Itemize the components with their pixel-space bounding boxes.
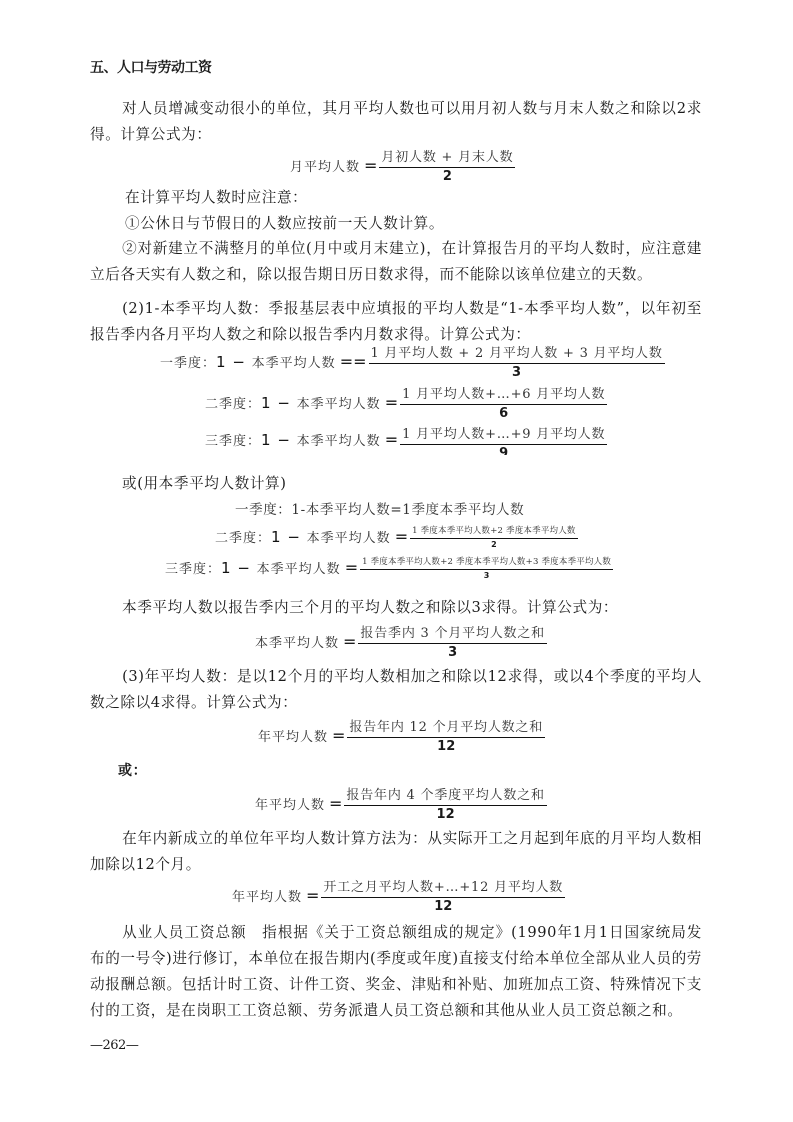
fraction: 1 月平均人数+…+6 月平均人数 6	[400, 383, 607, 421]
formula-annual-quarterly: 年平均人数 = 报告年内 4 个季度平均人数之和 12	[255, 784, 547, 822]
paragraph-note-intro: 在计算平均人数时应注意：	[125, 186, 307, 207]
formula-equals: =	[395, 527, 408, 546]
fraction-numerator: 1 月平均人数+…+9 月平均人数	[400, 423, 607, 445]
fraction-numerator: 1 季度本季平均人数+2 季度本季平均人数+3 季度本季平均人数	[360, 555, 613, 570]
paragraph-total-wages: 从业人员工资总额 指根据《关于工资总额组成的规定》(1990年1月1日国家统局发…	[90, 920, 702, 1024]
fraction-denominator: 3	[484, 570, 490, 580]
formula-new-unit-annual: 年平均人数 = 开工之月平均人数+…+12 月平均人数 12	[232, 876, 565, 914]
formula-q2-alt: 二季度：1 − 本季平均人数 = 1 季度本季平均人数+2 季度本季平均人数 2	[215, 524, 578, 549]
fraction: 1 季度本季平均人数+2 季度本季平均人数+3 季度本季平均人数 3	[360, 555, 613, 580]
fraction-denominator: 9	[499, 445, 508, 455]
fraction: 报告年内 4 个季度平均人数之和 12	[344, 784, 546, 822]
formula-equals: =	[306, 886, 319, 905]
formula-equals: =	[343, 632, 356, 651]
formula-quarter-average: 本季平均人数 = 报告季内 3 个月平均人数之和 3	[255, 622, 547, 660]
fraction: 报告年内 12 个月平均人数之和 12	[347, 716, 545, 754]
formula-equals: ==	[340, 352, 367, 371]
fraction-denominator: 2	[491, 539, 497, 549]
fraction-denominator: 3	[512, 364, 521, 380]
fraction-numerator: 1 月平均人数 + 2 月平均人数 + 3 月平均人数	[369, 342, 665, 364]
document-page: 五、人口与劳动工资 对人员增减变动很小的单位，其月平均人数也可以用月初人数与月末…	[0, 0, 793, 1122]
formula-equals: =	[345, 558, 358, 577]
fraction-denominator: 2	[443, 168, 452, 184]
paragraph-or: 或：	[118, 760, 147, 780]
formula-q3: 三季度：1 − 本季平均人数 = 1 月平均人数+…+9 月平均人数 9	[205, 423, 607, 455]
fraction-denominator: 12	[437, 806, 455, 822]
formula-q1-alt: 一季度：1-本季平均人数=1季度本季平均人数	[235, 498, 524, 518]
fraction-numerator: 1 季度本季平均人数+2 季度本季平均人数	[410, 524, 578, 539]
page-number: —262—	[90, 1038, 138, 1053]
formula-lhs: 三季度：1 − 本季平均人数	[205, 430, 381, 449]
formula-equals: =	[364, 156, 377, 175]
fraction-denominator: 12	[437, 738, 455, 754]
section-title: 五、人口与劳动工资	[90, 57, 212, 77]
paragraph-alt-method: 或(用本季平均人数计算)	[122, 472, 287, 493]
formula-lhs: 年平均人数	[255, 794, 325, 813]
formula-equals: =	[332, 726, 345, 745]
fraction-numerator: 月初人数 + 月末人数	[379, 146, 515, 168]
formula-lhs: 本季平均人数	[255, 632, 339, 651]
formula-lhs: 年平均人数	[258, 726, 328, 745]
fraction: 1 月平均人数+…+9 月平均人数 9	[400, 423, 607, 455]
paragraph-note-2: ②对新建立不满整月的单位(月中或月末建立)，在计算报告月的平均人数时，应注意建立…	[90, 236, 702, 288]
fraction-numerator: 报告年内 12 个月平均人数之和	[347, 716, 545, 738]
fraction-numerator: 报告季内 3 个月平均人数之和	[358, 622, 547, 644]
formula-lhs: 二季度：1 − 本季平均人数	[215, 527, 391, 546]
fraction-numerator: 开工之月平均人数+…+12 月平均人数	[321, 876, 565, 898]
formula-lhs: 年平均人数	[232, 886, 302, 905]
formula-q2: 二季度：1 − 本季平均人数 = 1 月平均人数+…+6 月平均人数 6	[205, 383, 607, 421]
formula-equals: =	[385, 430, 398, 449]
formula-equals: =	[329, 794, 342, 813]
paragraph-annual-average: (3)年平均人数：是以12个月的平均人数相加之和除以12求得，或以4个季度的平均…	[90, 664, 702, 716]
paragraph-quarter-average: (2)1-本季平均人数：季报基层表中应填报的平均人数是“1-本季平均人数”，以年…	[90, 296, 702, 348]
fraction-denominator: 12	[434, 898, 452, 914]
fraction-numerator: 报告年内 4 个季度平均人数之和	[344, 784, 546, 806]
formula-q1: 一季度：1 − 本季平均人数 == 1 月平均人数 + 2 月平均人数 + 3 …	[160, 342, 665, 380]
paragraph-monthly-average: 对人员增减变动很小的单位，其月平均人数也可以用月初人数与月末人数之和除以2求得。…	[90, 96, 702, 148]
paragraph-note-1: ①公休日与节假日的人数应按前一天人数计算。	[125, 212, 444, 233]
fraction: 1 季度本季平均人数+2 季度本季平均人数 2	[410, 524, 578, 549]
fraction: 报告季内 3 个月平均人数之和 3	[358, 622, 547, 660]
formula-equals: =	[385, 393, 398, 412]
formula-lhs: 三季度：1 − 本季平均人数	[165, 558, 341, 577]
formula-lhs: 一季度：1 − 本季平均人数	[160, 352, 336, 371]
fraction: 1 月平均人数 + 2 月平均人数 + 3 月平均人数 3	[369, 342, 665, 380]
fraction-numerator: 1 月平均人数+…+6 月平均人数	[400, 383, 607, 405]
formula-lhs: 月平均人数	[290, 156, 360, 175]
paragraph-quarter-definition: 本季平均人数以报告季内三个月的平均人数之和除以3求得。计算公式为：	[122, 596, 618, 617]
fraction-denominator: 3	[448, 644, 457, 660]
formula-q3-alt: 三季度：1 − 本季平均人数 = 1 季度本季平均人数+2 季度本季平均人数+3…	[165, 555, 613, 580]
fraction: 月初人数 + 月末人数 2	[379, 146, 515, 184]
fraction-denominator: 6	[499, 405, 508, 421]
formula-lhs: 二季度：1 − 本季平均人数	[205, 393, 381, 412]
formula-annual-monthly: 年平均人数 = 报告年内 12 个月平均人数之和 12	[258, 716, 545, 754]
paragraph-new-unit: 在年内新成立的单位年平均人数计算方法为：从实际开工之月起到年底的月平均人数相加除…	[90, 826, 702, 878]
formula-monthly-average: 月平均人数 = 月初人数 + 月末人数 2	[290, 146, 515, 184]
fraction: 开工之月平均人数+…+12 月平均人数 12	[321, 876, 565, 914]
